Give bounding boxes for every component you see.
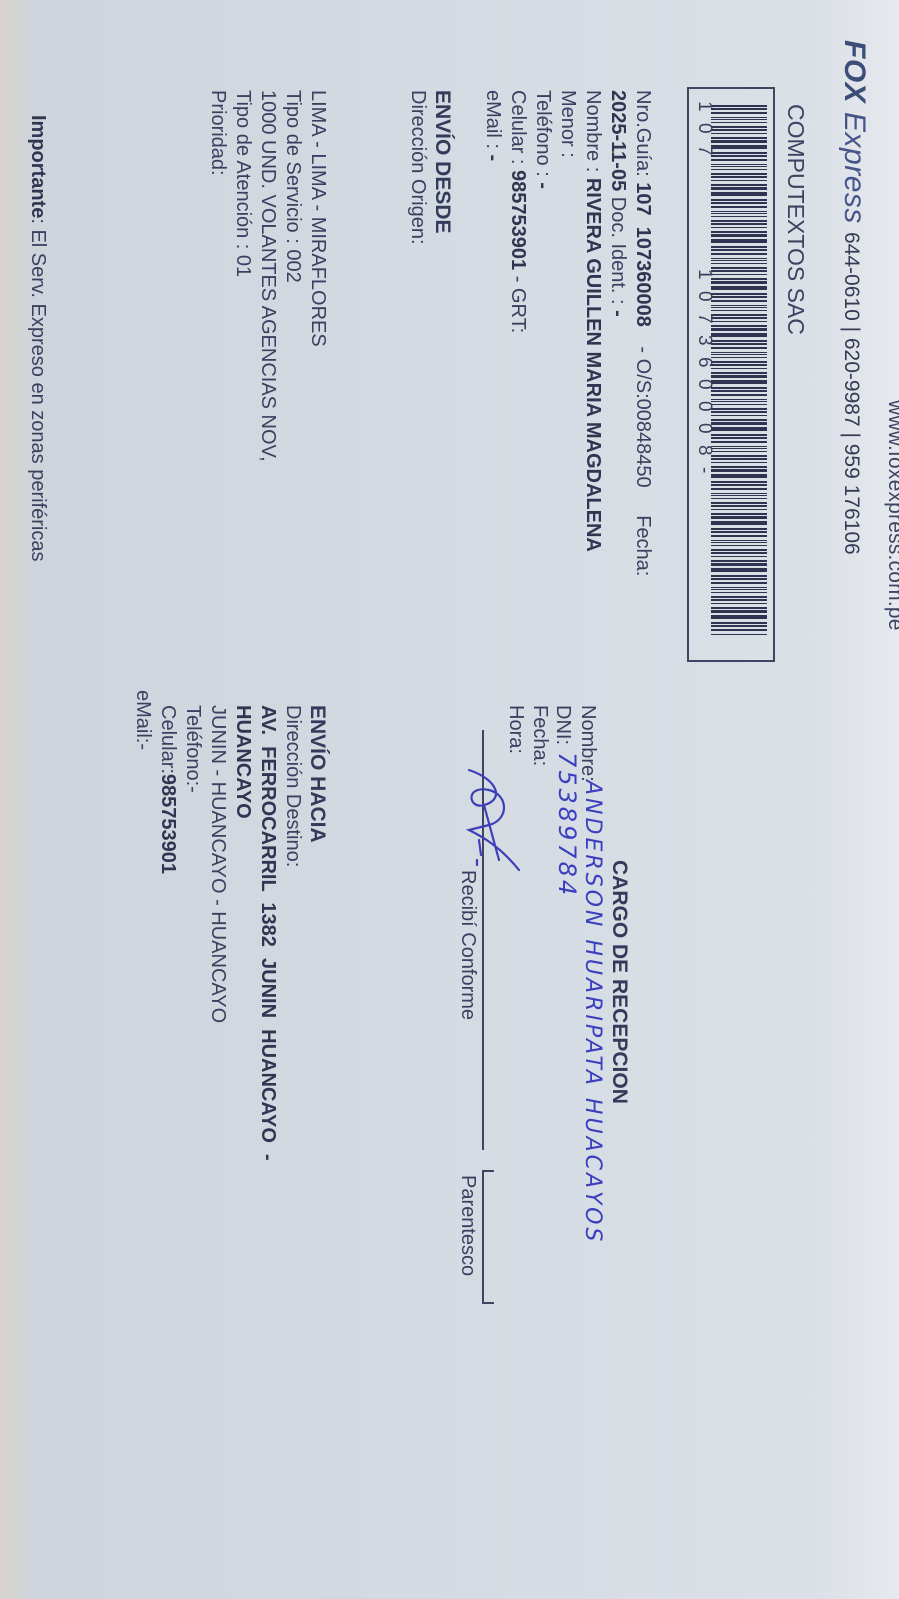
origin-address-label: Dirección Origen: — [406, 90, 429, 245]
envio-hacia-heading: ENVÍO HACIA — [305, 705, 329, 843]
dni-label: DNI: — [551, 705, 574, 745]
telefono-row: Teléfono : - — [531, 90, 554, 189]
priority-label: Prioridad: — [206, 90, 229, 176]
celular-row: Celular : 985753901 - GRT: — [506, 90, 529, 333]
menor-row: Menor : — [556, 90, 579, 158]
destination-address-label: Dirección Destino: — [281, 705, 304, 867]
parentesco-label: Parentesco — [456, 1175, 479, 1276]
destination-location: JUNIN - HUANCAYO - HUANCAYO — [206, 705, 229, 1023]
brand-fox: FOX — [838, 40, 871, 103]
recipient-name-row: Nombre : RIVERA GUILLEN MARIA MAGDALENA — [581, 90, 604, 552]
destination-cellphone: 985753901 — [157, 774, 179, 874]
destination-email: eMail:- — [131, 690, 154, 750]
attention-type: Tipo de Atención : 01 — [231, 90, 254, 277]
envio-desde-heading: ENVÍO DESDE — [430, 90, 454, 234]
destination-address-line2: HUANCAYO — [231, 705, 254, 819]
company-phones: 644-0610 | 620-9987 | 959 176106 — [839, 232, 863, 555]
guide-date: 2025-11-05 — [607, 90, 629, 191]
dni-handwritten: 75389784 — [553, 752, 581, 898]
brand-express: Express — [838, 112, 871, 224]
sender-company: COMPUTEXTOS SAC — [782, 104, 809, 335]
package-contents: 1000 UND. VOLANTES AGENCIAS NOV, — [256, 90, 279, 462]
brand-logo: FOX Express — [837, 40, 871, 224]
shipping-guide-document: www.foxexpress.com.pe FOX Express 644-06… — [0, 0, 899, 1599]
reception-date-label: Fecha: — [528, 705, 551, 766]
barcode-bars — [711, 105, 767, 645]
importante-note: Importante: El Serv. Expreso en zonas pe… — [26, 115, 49, 561]
sender-cellphone: 985753901 — [507, 170, 529, 270]
destination-address-line1: AV. FERROCARRIL 1382 JUNIN HUANCAYO - — [256, 705, 279, 1161]
destination-cellphone-row: Celular:985753901 — [156, 705, 179, 874]
cargo-recepcion-title: CARGO DE RECEPCION — [607, 860, 631, 1104]
receiver-name-handwritten: ANDERSON HUARIPATA HUACAYOS — [580, 780, 605, 1244]
guide-number: 107 107360008 — [632, 182, 654, 327]
website-url: www.foxexpress.com.pe — [883, 400, 899, 631]
guide-number-row: Nro.Guía: 107 107360008 - O/S:00848450 F… — [631, 90, 654, 576]
destination-phone: Teléfono:- — [181, 705, 204, 793]
parentesco-bracket — [482, 1170, 494, 1304]
recipient-name: RIVERA GUILLEN MARIA MAGDALENA — [582, 178, 604, 552]
email-row: eMail : - — [481, 90, 504, 161]
origin-location: LIMA - LIMA - MIRAFLORES — [306, 90, 329, 347]
os-number: 00848450 — [632, 399, 654, 488]
signature-scribble — [449, 730, 529, 890]
barcode: 107107360008- — [687, 87, 775, 662]
service-type: Tipo de Servicio : 002 — [281, 90, 304, 283]
date-row: 2025-11-05 Doc. Ident. : - — [606, 90, 629, 317]
recibi-conforme-label: Recibí Conforme — [456, 870, 479, 1020]
